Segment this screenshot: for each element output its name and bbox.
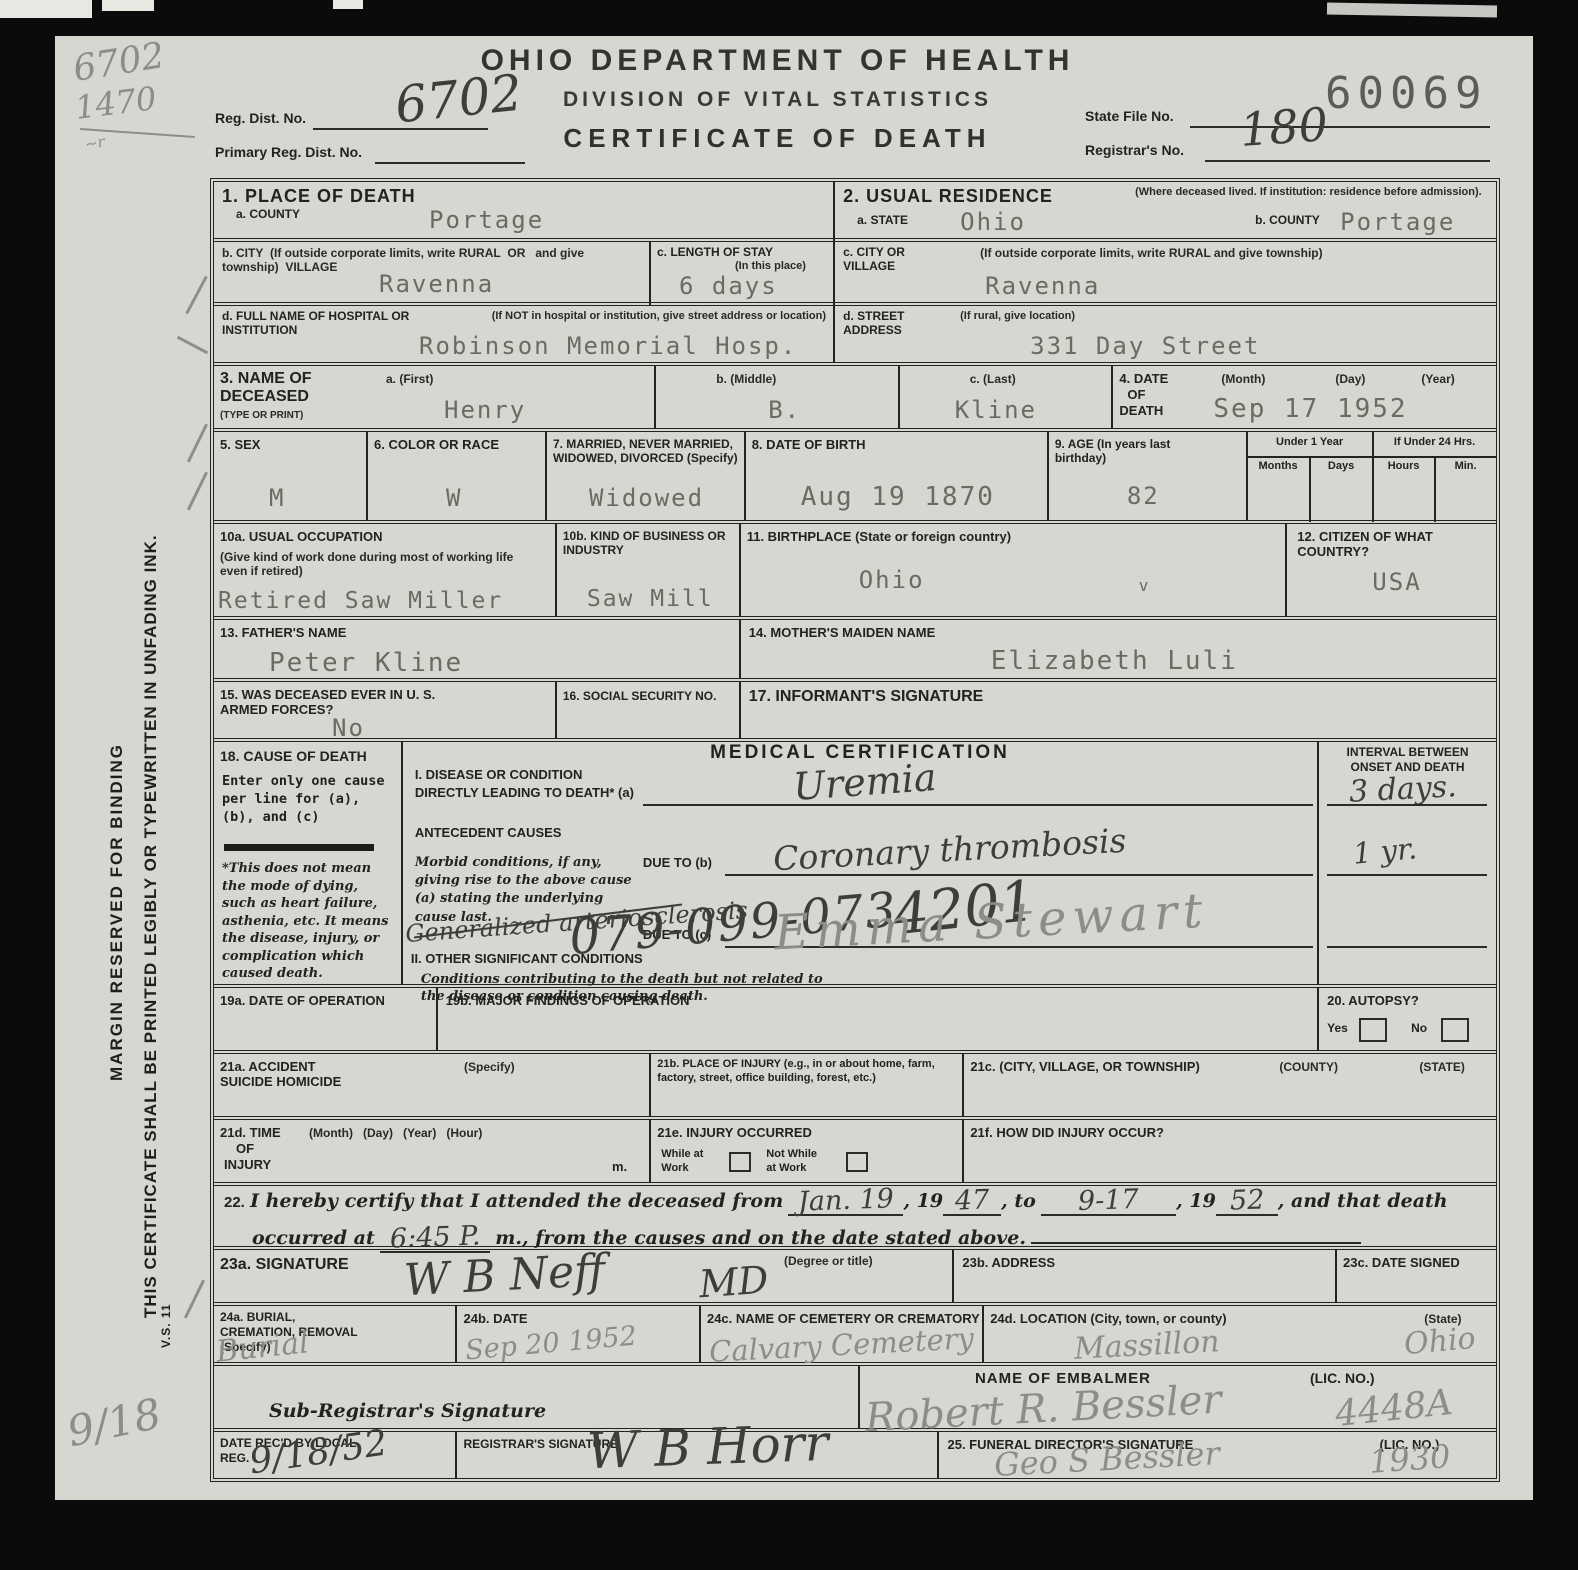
line-a-rule [643,804,1313,806]
field-how-injury-occurred: 21f. HOW DID INJURY OCCUR? [964,1120,1496,1182]
label: (Where deceased lived. If institution: r… [1135,186,1485,199]
label: DEATH [1119,404,1163,419]
field-accident-suicide-homicide: 21a. ACCIDENT SUICIDE HOMICIDE (Specify) [214,1054,651,1116]
label: (Give kind of work done during most of w… [220,550,540,579]
trailing-rule [1031,1218,1361,1244]
handwritten-location: Massillon [1073,1324,1220,1367]
label: 23b. ADDRESS [962,1256,1055,1271]
label: (Month) (Day) (Year) (Hour) [309,1126,482,1140]
label: 11. BIRTHPLACE (State or foreign country… [747,530,1011,545]
label: , 19 [1176,1190,1216,1212]
label: (COUNTY) [1279,1060,1338,1074]
label: (Degree or title) [784,1254,873,1268]
field-industry: 10b. KIND OF BUSINESS OR INDUSTRY Saw Mi… [557,524,741,616]
label: ANTECEDENT CAUSES [415,826,562,841]
handwritten-interval-b: 1 yr. [1352,831,1419,870]
certify-year2-blank: 52 [1216,1190,1278,1216]
label: 19a. DATE OF OPERATION [220,994,390,1009]
primary-reg-dist-label: Primary Reg. Dist. No. [215,144,362,160]
registrar-no-label: Registrar's No. [1085,142,1184,158]
typed-value: Saw Mill [587,586,714,612]
registrar-no-line [1205,160,1490,162]
label: 21a. ACCIDENT SUICIDE HOMICIDE [220,1060,350,1090]
state-file-line [1190,126,1490,128]
certify-to-blank: 9-17 [1041,1190,1176,1216]
field-informant-signature: 17. INFORMANT'S SIGNATURE [741,682,1496,738]
scan-artifact [333,0,363,9]
label: 16. SOCIAL SECURITY NO. [563,690,733,704]
label: I. DISEASE OR CONDITION [415,768,583,783]
label: (LIC. NO.) [1310,1370,1375,1386]
field-place-of-death: 1. PLACE OF DEATH a. COUNTY Portage b. C… [214,182,835,362]
label: c. LENGTH OF STAY [657,246,773,260]
field-citizen: 12. CITIZEN OF WHAT COUNTRY? USA [1287,524,1496,616]
stray-typed-mark: v [1139,576,1151,595]
label: DIRECTLY LEADING TO DEATH* (a) [415,786,634,801]
typed-value: Portage [429,206,544,234]
autopsy-yes-label: Yes [1327,1022,1348,1036]
handwritten-funeral-lic: 1930 [1368,1437,1452,1481]
label: 22. [224,1194,245,1211]
days-col: Days [1311,456,1374,522]
label: (Month) [1221,372,1265,386]
certificate-form: 1. PLACE OF DEATH a. COUNTY Portage b. C… [210,178,1500,1482]
handwritten-value: 52 [1229,1191,1264,1210]
primary-reg-dist-line [375,162,525,164]
label: 9. AGE (In years last birthday) [1055,438,1215,466]
field-certify-statement: 22. I hereby certify that I attended the… [214,1186,1496,1250]
handwritten-burial-date: Sep 20 1952 [464,1321,638,1367]
handwritten-embalmer-lic: 4448A [1333,1382,1454,1435]
margin-pencil-date: 9/18 [63,1389,165,1457]
pencil-checkmark [184,1279,205,1318]
not-while-at-work-label: Not Whileat Work [766,1148,817,1176]
registrar-no-value: 180 [1238,97,1329,157]
label: 17. INFORMANT'S SIGNATURE [749,688,984,706]
label: 4. DATE [1119,372,1168,387]
typed-value: USA [1372,568,1421,596]
label: Days [1328,460,1354,472]
label: Hours [1388,460,1420,472]
label: INTERVAL BETWEEN [1319,746,1496,760]
label: b. COUNTY [1255,214,1320,228]
autopsy-no-label: No [1411,1022,1427,1036]
typed-value: Aug 19 1870 [801,482,995,512]
reg-dist-label: Reg. Dist. No. [215,110,306,126]
interval-rule-a [1327,804,1487,806]
scan-artifact [102,0,154,11]
min-col: Min. [1436,456,1496,522]
label: 23c. DATE SIGNED [1343,1256,1460,1271]
field-time-of-injury: 21d. TIME OF INJURY (Month) (Day) (Year)… [214,1120,651,1182]
typed-value: Ravenna [985,272,1100,300]
under-24-hrs-header: If Under 24 Hrs. [1374,432,1496,458]
label: d. STREET ADDRESS [843,310,953,338]
handwritten-date-received: 9/18/52 [247,1423,390,1483]
pencil-checkmark [187,471,208,510]
label: 21c. (CITY, VILLAGE, OR TOWNSHIP) [970,1060,1199,1075]
typed-value: Sep 17 1952 [1213,394,1407,424]
label: 5. SEX [220,438,260,453]
typed-value: Ravenna [379,270,494,298]
label: INJURY [224,1158,271,1173]
label: 21b. PLACE OF INJURY (e.g., in or about … [657,1058,952,1086]
label: 13. FATHER'S NAME [220,626,346,641]
label: d. FULL NAME OF HOSPITAL OR INSTITUTION [222,310,422,338]
label: Sub-Registrar's Signature [269,1400,546,1422]
typed-value: Elizabeth Luli [991,646,1238,676]
field-burial-location: 24d. LOCATION (City, town, or county) (S… [984,1306,1496,1362]
label: OF [1127,388,1145,403]
handwritten-physician-signature: W B Neff [403,1245,607,1306]
field-funeral-director: 25. FUNERAL DIRECTOR'S SIGNATURE (LIC. N… [939,1432,1496,1478]
label: , to [1001,1190,1036,1212]
label: 2. USUAL RESIDENCE [843,186,1053,207]
interval-rule-b [1327,874,1487,876]
label: 7. MARRIED, NEVER MARRIED, WIDOWED, DIVO… [553,438,743,466]
certify-from-blank: Jan. 19 [788,1190,903,1216]
field-date-of-death: 4. DATE OF DEATH (Month) (Day) (Year) Se… [1113,366,1496,428]
typed-value: Ohio [859,566,925,594]
label: 21f. HOW DID INJURY OCCUR? [970,1126,1164,1141]
handwritten-value: 6:45 P. [389,1227,480,1248]
label: 6. COLOR OR RACE [374,438,499,453]
typed-value: W [446,484,462,512]
label: m. [612,1160,627,1175]
field-fathers-name: 13. FATHER'S NAME Peter Kline [214,620,741,678]
months-col: Months [1248,456,1311,522]
certificate-paper: 6702 1470 ~r MARGIN RESERVED FOR BINDING… [55,36,1533,1500]
label: c. (Last) [970,372,1016,386]
field-usual-occupation: 10a. USUAL OCCUPATION (Give kind of work… [214,524,557,616]
label: (STATE) [1419,1060,1465,1074]
ink-smudge [224,844,374,851]
label: (Year) [1421,372,1454,386]
field-major-findings: 19b. MAJOR FINDINGS OF OPERATION [438,988,1320,1050]
header-department: OHIO DEPARTMENT OF HEALTH [55,44,1500,79]
field-interval: INTERVAL BETWEEN ONSET AND DEATH 3 days.… [1319,742,1496,984]
state-file-number: 60069 [1325,68,1487,119]
field-sex: 5. SEX M [214,432,368,520]
field-armed-forces: 15. WAS DECEASED EVER IN U. S. ARMED FOR… [214,682,557,738]
handwritten-value: 9-17 [1078,1191,1139,1211]
label: 12. CITIZEN OF WHAT COUNTRY? [1297,530,1467,560]
typed-value: No [332,714,365,742]
label: (Specify) [464,1060,515,1074]
typed-value: Henry [444,396,526,424]
field-physician-signature: 23a. SIGNATURE W B Neff MD (Degree or ti… [214,1250,954,1302]
field-name-middle: b. (Middle) B. [656,366,899,428]
state-file-label: State File No. [1085,108,1174,124]
field-cemetery: 24c. NAME OF CEMETERY OR CREMATORY Calva… [701,1306,984,1362]
typed-value: Ohio [960,208,1026,236]
handwritten-registrar-signature: W B Horr [587,1414,830,1480]
pencil-checkmark [187,423,208,462]
label: Min. [1455,460,1477,472]
label: (Day) [1335,372,1365,386]
label: 21e. INJURY OCCURRED [657,1126,812,1141]
label: 14. MOTHER'S MAIDEN NAME [749,626,936,641]
handwritten-cause-b: Coronary thrombosis [772,821,1127,878]
label: (TYPE OR PRINT) [220,410,303,422]
cause-footnote: *This does not mean the mode of dying, s… [222,860,392,983]
label: 10a. USUAL OCCUPATION [220,530,383,545]
field-social-security-no: 16. SOCIAL SECURITY NO. [557,682,741,738]
label: , and that death [1278,1190,1448,1212]
field-date-of-operation: 19a. DATE OF OPERATION [214,988,438,1050]
label: (If NOT in hospital or institution, give… [426,310,826,323]
typed-value: Retired Saw Miller [218,588,503,614]
field-injury-occurred: 21e. INJURY OCCURRED While atWork Not Wh… [651,1120,964,1182]
field-burial-date: 24b. DATE Sep 20 1952 [457,1306,700,1362]
typed-value: 6 days [679,272,778,300]
autopsy-no-checkbox[interactable] [1441,1018,1469,1042]
handwritten-value: 47 [955,1191,990,1210]
label: Months [1259,460,1298,472]
field-usual-residence: 2. USUAL RESIDENCE (Where deceased lived… [835,182,1496,362]
scan-artifact [1327,3,1497,18]
field-date-signed: 23c. DATE SIGNED [1337,1250,1496,1302]
label: DUE TO (b) [643,856,712,871]
field-date-received: DATE REC'D BY LOCAL REG. 9/18/52 [214,1432,457,1478]
margin-ink-note: THIS CERTIFICATE SHALL BE PRINTED LEGIBL… [141,534,161,1318]
field-cause-of-death-notes: 18. CAUSE OF DEATH Enter only one cause … [214,742,403,984]
handwritten-value: Jan. 19 [798,1190,894,1211]
handwritten-cemetery: Calvary Cemetery [708,1321,974,1369]
under-1-year-header: Under 1 Year [1248,432,1374,458]
margin-binding-note: MARGIN RESERVED FOR BINDING [107,743,127,1081]
label: 1. PLACE OF DEATH [222,186,416,207]
label: at Work [766,1162,806,1174]
typed-value: Portage [1340,208,1455,236]
label: OF [236,1142,254,1157]
field-age: 9. AGE (In years last birthday) 82 [1049,432,1248,520]
field-name-first: 3. NAME OF DECEASED (TYPE OR PRINT) a. (… [214,366,656,428]
label: (If outside corporate limits, write RURA… [980,246,1460,260]
while-at-work-checkbox[interactable] [729,1152,751,1172]
label: c. CITY OR VILLAGE [843,246,933,274]
field-autopsy: 20. AUTOPSY? Yes No [1319,988,1496,1050]
autopsy-yes-checkbox[interactable] [1359,1018,1387,1042]
field-burial: 24a. BURIAL, CREMATION, REMOVAL (Specify… [214,1306,457,1362]
label: While at [661,1148,703,1160]
form-code: V.S. 11 [159,1303,173,1348]
typed-value: Kline [955,396,1037,424]
field-color-or-race: 6. COLOR OR RACE W [368,432,547,520]
label: Under 1 Year [1276,436,1343,448]
label: 8. DATE OF BIRTH [752,438,866,453]
label: 23a. SIGNATURE [220,1256,349,1274]
stay-cell: c. LENGTH OF STAY (In this place) 6 days [649,242,841,306]
label: , 19 [903,1190,943,1212]
label: b. (Middle) [716,372,776,386]
scan-artifact [0,0,92,18]
while-at-work-label: While atWork [661,1148,703,1176]
label: (If rural, give location) [960,310,1075,323]
typed-value: Peter Kline [269,648,463,678]
label: 10b. KIND OF BUSINESS OR INDUSTRY [563,530,733,558]
label: 21d. TIME [220,1126,281,1141]
field-place-of-injury: 21b. PLACE OF INJURY (e.g., in or about … [651,1054,964,1116]
label: a. (First) [386,372,433,386]
label: occurred at [252,1227,375,1249]
typed-value: 82 [1127,482,1160,510]
field-registrar-signature: REGISTRAR'S SIGNATURE W B Horr [457,1432,939,1478]
handwritten-degree: MD [698,1258,770,1307]
label: a. COUNTY [236,208,300,222]
label: I hereby certify that I attended the dec… [250,1190,783,1212]
label: 19b. MAJOR FINDINGS OF OPERATION [446,994,690,1009]
label: a. STATE [857,214,908,228]
typed-value: B. [768,396,801,424]
field-date-of-birth: 8. DATE OF BIRTH Aug 19 1870 [746,432,1049,520]
pencil-checkmark [177,336,208,355]
not-while-at-work-checkbox[interactable] [846,1152,868,1172]
field-age-subcolumns: Under 1 Year If Under 24 Hrs. Months Day… [1248,432,1496,520]
field-mothers-maiden-name: 14. MOTHER'S MAIDEN NAME Elizabeth Luli [741,620,1496,678]
cause-note: Enter only one cause per line for (a), (… [222,772,394,827]
field-embalmer: NAME OF EMBALMER (LIC. NO.) Robert R. Be… [860,1366,1496,1428]
field-name-last: c. (Last) Kline [900,366,1114,428]
hours-col: Hours [1374,456,1436,522]
label: 24b. DATE [463,1312,527,1327]
handwritten-location-state: Ohio [1403,1321,1477,1362]
label: 3. NAME OF DECEASED [220,370,340,407]
label: Not While [766,1148,817,1160]
certify-year1-blank: 47 [943,1190,1001,1216]
pencil-checkmark [185,276,207,314]
field-marital-status: 7. MARRIED, NEVER MARRIED, WIDOWED, DIVO… [547,432,746,520]
interval-rule-c [1327,946,1487,948]
field-birthplace: 11. BIRTHPLACE (State or foreign country… [741,524,1288,616]
label: If Under 24 Hrs. [1394,436,1475,448]
typed-value: M [269,484,285,512]
typed-value: Robinson Memorial Hosp. [419,332,797,360]
handwritten-cause-a: Uremia [791,755,937,809]
label: 20. AUTOPSY? [1327,994,1419,1009]
label: Work [661,1162,688,1174]
field-physician-address: 23b. ADDRESS [954,1250,1337,1302]
field-injury-city: 21c. (CITY, VILLAGE, OR TOWNSHIP) (COUNT… [964,1054,1496,1116]
typed-value: 331 Day Street [1030,332,1260,360]
typed-value: Widowed [589,484,704,512]
label: 18. CAUSE OF DEATH [220,748,367,764]
